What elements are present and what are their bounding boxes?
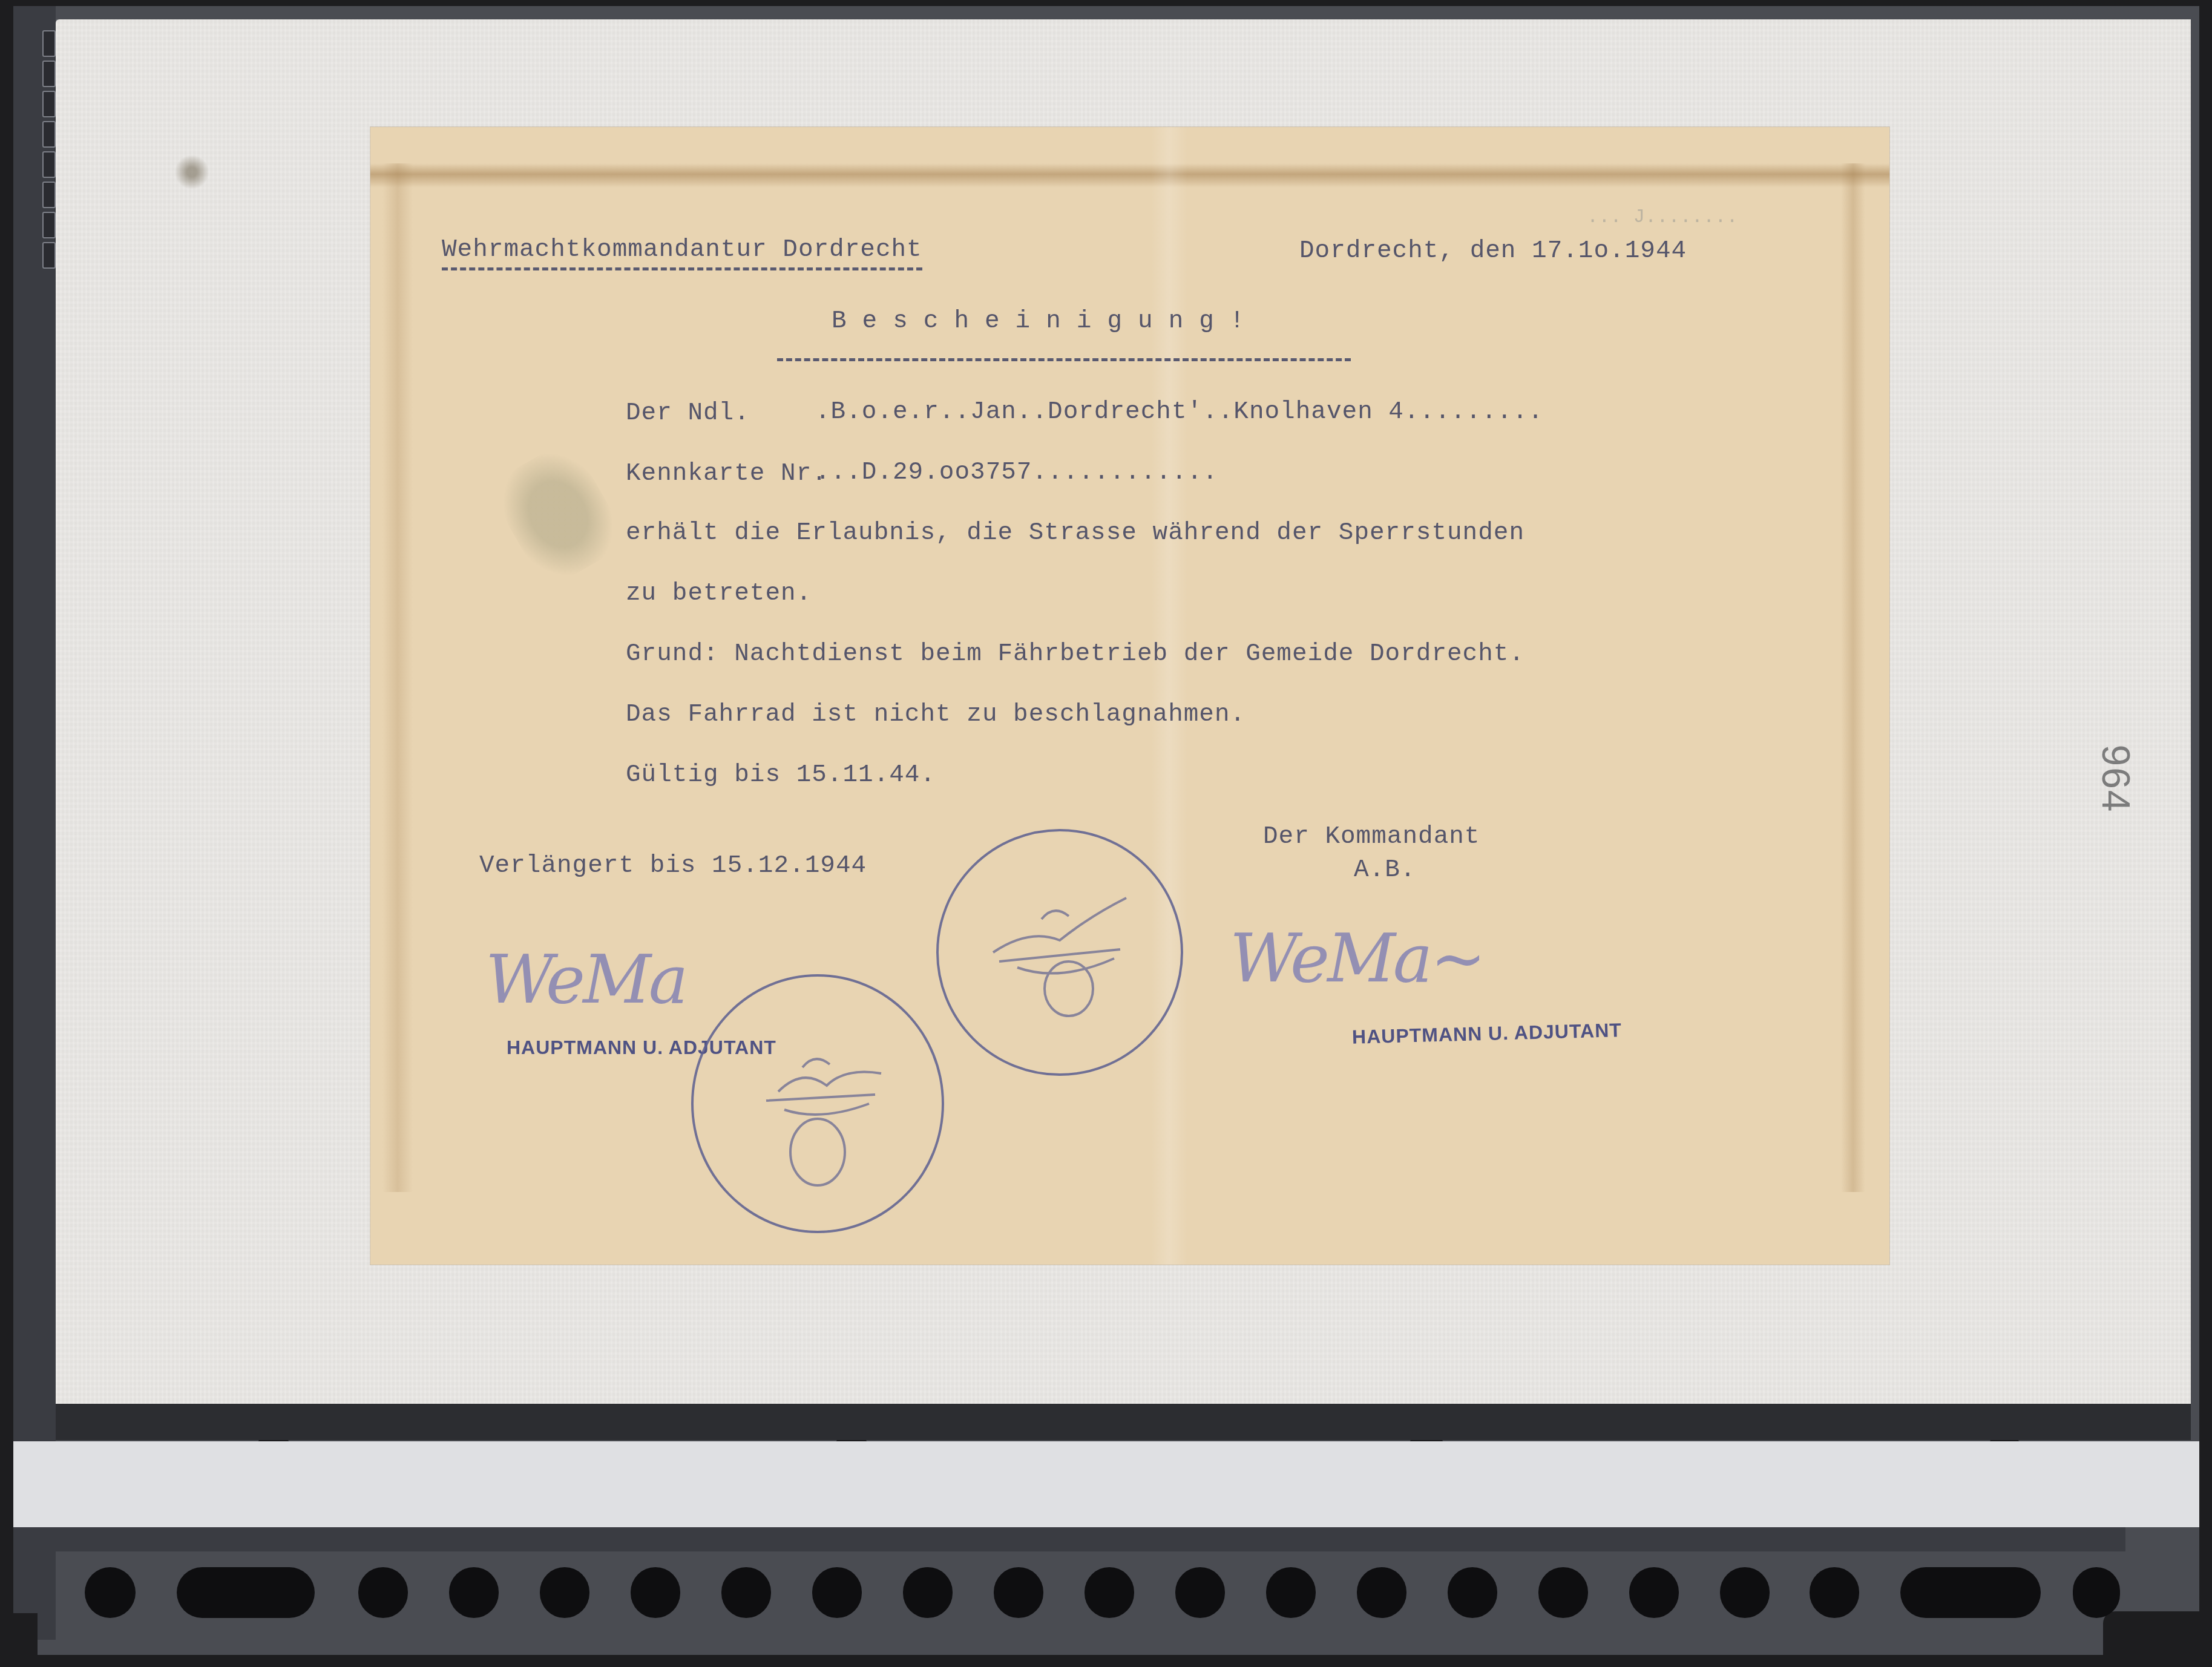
margin-archive-number: 964 — [2093, 745, 2138, 813]
water-stain-top — [370, 163, 1889, 188]
binder-hole — [1720, 1567, 1770, 1618]
permission-text-cont: zu betreten. — [626, 580, 812, 608]
binder-notch — [2103, 1611, 2200, 1667]
binder-hole — [358, 1567, 408, 1618]
page-smudge — [174, 156, 210, 189]
place-and-date: Dordrecht, den 17.1o.1944 — [1299, 237, 1687, 265]
binder-hole — [1810, 1567, 1859, 1618]
reason-text: Grund: Nachtdienst beim Fährbetrieb der … — [626, 640, 1524, 668]
binder-notch — [13, 1613, 38, 1667]
signer-title: Der Kommandant — [1263, 823, 1480, 851]
rank-stamp-right: HAUPTMANN U. ADJUTANT — [1352, 1019, 1623, 1049]
binder-hole — [1538, 1567, 1588, 1618]
binder-hole — [903, 1567, 953, 1618]
binder-hole — [1629, 1567, 1679, 1618]
holder-name-address: .B.o.e.r..Jan..Dordrecht'..Knolhaven 4..… — [815, 398, 1543, 426]
sleeve-left-rail — [13, 6, 56, 1640]
valid-until: Gültig bis 15.11.44. — [626, 761, 936, 789]
rail-slot — [42, 91, 56, 117]
binder-hole — [1266, 1567, 1316, 1618]
binder-hole-wide — [1900, 1567, 2041, 1618]
paper-fold — [1151, 127, 1187, 1265]
rail-slot — [42, 212, 56, 238]
official-seal-upper — [936, 829, 1183, 1076]
binder-top-bar — [56, 1404, 2191, 1440]
holder-label: Der Ndl. — [626, 399, 750, 427]
id-card-number: ...D.29.oo3757............ — [815, 459, 1218, 486]
rail-slot — [42, 121, 56, 148]
permission-text: erhält die Erlaubnis, die Strasse währen… — [626, 519, 1524, 547]
rail-slot — [42, 182, 56, 208]
water-stain-right — [1841, 163, 1865, 1192]
seal-eagle-icon — [939, 831, 1181, 1073]
water-stain-spot — [486, 437, 631, 591]
binder-hole — [994, 1567, 1043, 1618]
bicycle-text: Das Fahrrad ist nicht zu beschlagnahmen. — [626, 701, 1245, 729]
binder-hole — [1085, 1567, 1134, 1618]
binder-bottom-bar — [56, 1527, 2125, 1551]
binder-strip — [13, 1441, 2199, 1527]
binder-hole — [721, 1567, 771, 1618]
signature-left: WeMa — [485, 941, 686, 1018]
binder-hole — [449, 1567, 499, 1618]
binder-hole — [631, 1567, 680, 1618]
binder-hole — [1175, 1567, 1225, 1618]
binder-hole — [85, 1567, 136, 1618]
binder-hole — [1448, 1567, 1497, 1618]
binder-hole — [1357, 1567, 1406, 1618]
curfew-certificate: ... J........ Wehrmachtkommandantur Dord… — [370, 127, 1889, 1265]
rail-slot — [42, 151, 56, 178]
rail-slot — [42, 30, 56, 57]
issuing-office: Wehrmachtkommandantur Dordrecht — [442, 236, 922, 270]
extended-until: Verlängert bis 15.12.1944 — [479, 852, 867, 880]
rail-slot — [42, 61, 56, 87]
faded-stamp-text: ... J........ — [1587, 206, 1738, 228]
rail-slot — [42, 242, 56, 269]
id-card-label: Kennkarte Nr. — [626, 460, 827, 488]
binder-hole-wide — [177, 1567, 315, 1618]
document-title: Bescheinigung! — [832, 307, 1260, 335]
official-seal-lower — [691, 974, 944, 1233]
title-underline — [777, 358, 1351, 361]
water-stain-left — [382, 163, 413, 1192]
seal-eagle-icon — [694, 977, 942, 1231]
binder-hole — [540, 1567, 589, 1618]
binder-hole — [2073, 1567, 2120, 1618]
signer-ab: A.B. — [1354, 856, 1416, 884]
binder-hole — [812, 1567, 862, 1618]
signature-right: WeMa~ — [1230, 920, 1484, 997]
